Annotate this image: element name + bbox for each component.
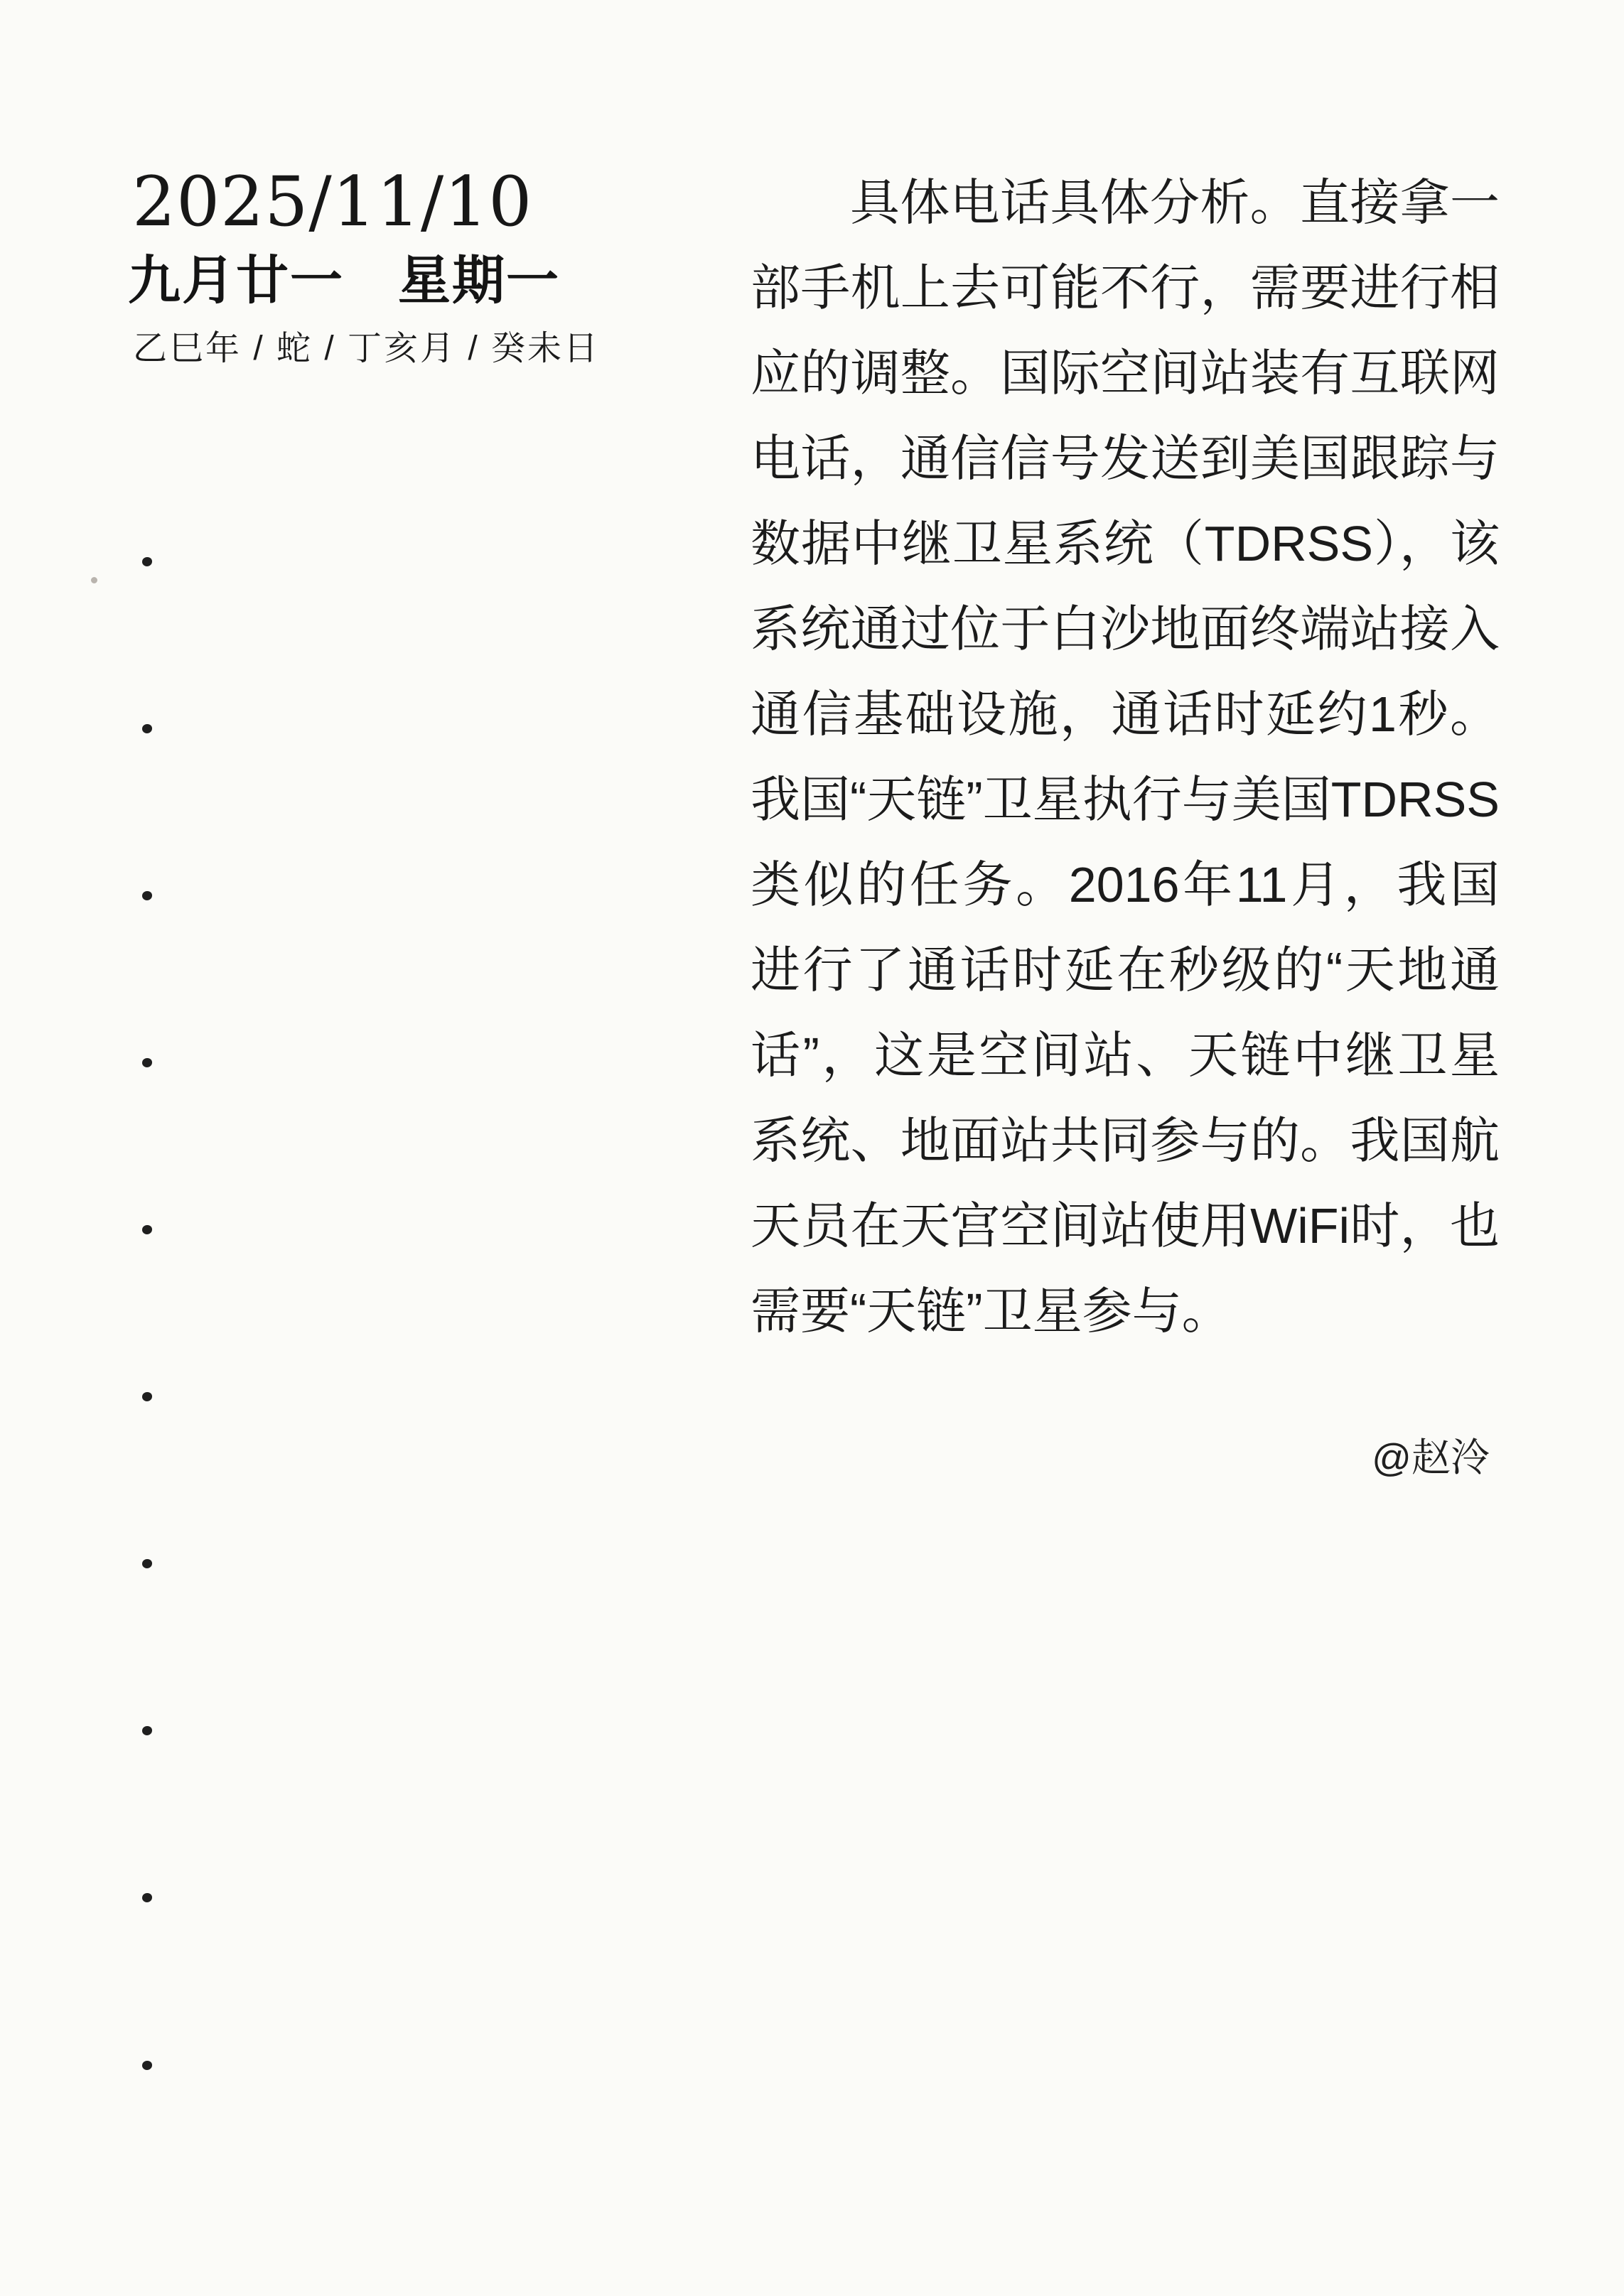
- margin-dot: [142, 724, 152, 733]
- margin-dot: [142, 557, 152, 566]
- ganzhi-zodiac-line: 乙巳年 / 蛇 / 丁亥月 / 癸未日: [133, 328, 600, 370]
- margin-dot: [142, 1225, 152, 1234]
- margin-dot: [142, 1893, 152, 1902]
- margin-dot: [142, 1726, 152, 1735]
- scan-speck: [91, 577, 97, 583]
- article-column: 具体电话具体分析。直接拿一部手机上去可能不行，需要进行相应的调整。国际空间站装有…: [751, 160, 1500, 1354]
- margin-dot: [142, 1392, 152, 1401]
- gregorian-date: 2025/11/10: [132, 168, 532, 236]
- margin-dot: [142, 1559, 152, 1568]
- article-paragraph: 具体电话具体分析。直接拿一部手机上去可能不行，需要进行相应的调整。国际空间站装有…: [751, 160, 1500, 1354]
- calendar-page: 2025/11/10 九月廿一 星期一 乙巳年 / 蛇 / 丁亥月 / 癸未日 …: [0, 0, 1624, 2296]
- margin-dot: [142, 2061, 152, 2070]
- margin-dot: [142, 1058, 152, 1067]
- margin-dot: [142, 891, 152, 900]
- attribution: @赵泠: [751, 1434, 1490, 1481]
- lunar-date-and-weekday: 九月廿一 星期一: [128, 250, 560, 311]
